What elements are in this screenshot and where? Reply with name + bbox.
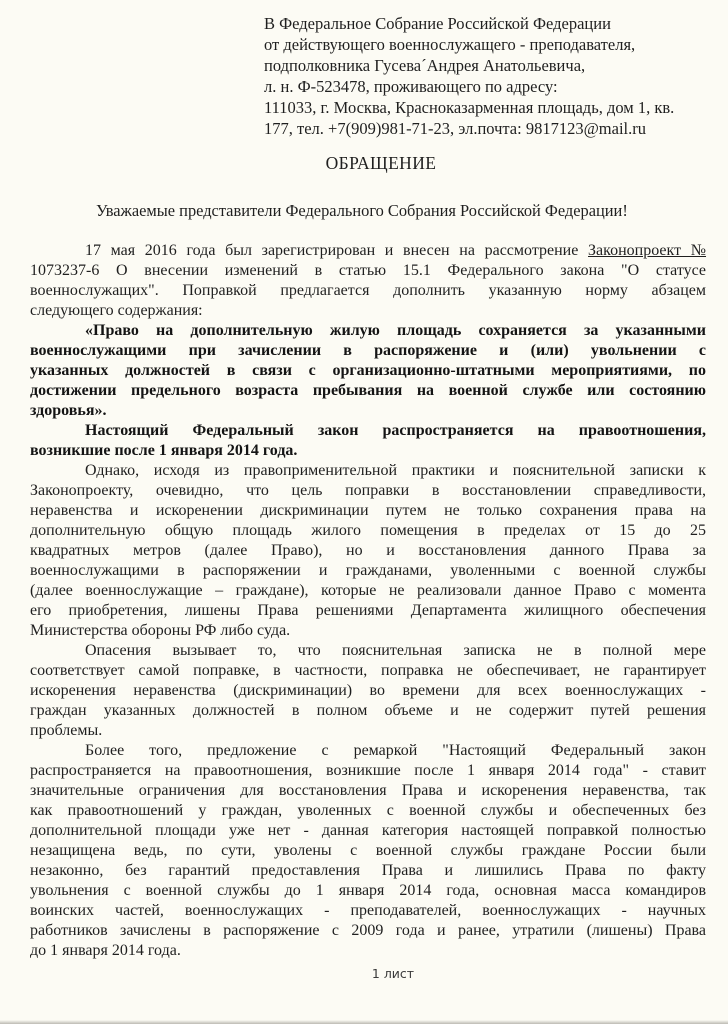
paragraph: «Право на дополнительную жилую площадь с… (30, 321, 706, 421)
document-page: В Федеральное Собрание Российской Федера… (0, 0, 728, 1024)
text-line: Более того, предложение с ремаркой "Наст… (30, 741, 706, 761)
recipient-line: 111033, г. Москва, Красноказарменная пло… (264, 97, 714, 118)
text-line: Настоящий Федеральный закон распространя… (30, 421, 706, 441)
text-line: дополнительную общую площадь жилого поме… (30, 521, 706, 541)
text-line: Министерства обороны РФ либо суда. (30, 621, 706, 641)
document-body: 17 мая 2016 года был зарегистрирован и в… (30, 241, 706, 961)
text-line: военнослужащими при зачислении в распоря… (30, 341, 706, 361)
text-line: Однако, исходя из правоприменительной пр… (30, 461, 706, 481)
text-line: дополнительной площади уже нет - данная … (30, 821, 706, 841)
text-line: его приобретения, лишены Права решениями… (30, 601, 706, 621)
text-line: 17 мая 2016 года был зарегистрирован и в… (30, 241, 706, 261)
text-line: 1073237-6 О внесении изменений в статью … (30, 261, 706, 281)
paragraph: Более того, предложение с ремаркой "Наст… (30, 741, 706, 961)
text-line: достижении предельного возраста пребыван… (30, 381, 706, 401)
recipient-line: 177, тел. +7(909)981-71-23, эл.почта: 98… (264, 118, 714, 139)
text-line: Законопроекту, очевидно, что цель поправ… (30, 481, 706, 501)
text-line: (далее военнослужащие – граждане), котор… (30, 581, 706, 601)
page-footer: 1 лист (58, 966, 728, 981)
text-line: неравенства и искоренении дискриминации … (30, 501, 706, 521)
text-line: незаконно, без гарантий предоставления П… (30, 861, 706, 881)
text-line: искоренения неравенства (дискриминации) … (30, 681, 706, 701)
text-line: возникшие после 1 января 2014 года. (30, 441, 706, 461)
text-line: соответствует самой поправке, в частност… (30, 661, 706, 681)
recipient-line: л. н. Ф-523478, проживающего по адресу: (264, 76, 714, 97)
text-line: незащищена ведь, по сути, уволены с воен… (30, 841, 706, 861)
text-line: до 1 января 2014 года. (30, 941, 706, 961)
recipient-line: от действующего военнослужащего - препод… (264, 34, 714, 55)
paragraph: 17 мая 2016 года был зарегистрирован и в… (30, 241, 706, 321)
text-line: значительные ограничения для восстановле… (30, 781, 706, 801)
text-line: Опасения вызывает то, что пояснительная … (30, 641, 706, 661)
text-line: здоровья». (30, 401, 706, 421)
recipient-line: подполковника Гусева´Андрея Анатольевича… (264, 55, 714, 76)
paragraph: Опасения вызывает то, что пояснительная … (30, 641, 706, 741)
text-line: как правоотношений у граждан, уволенных … (30, 801, 706, 821)
paragraph: Однако, исходя из правоприменительной пр… (30, 461, 706, 641)
text-line: квадратных метров (далее Право), но и во… (30, 541, 706, 561)
document-title: ОБРАЩЕНИЕ (30, 152, 706, 174)
salutation: Уважаемые представители Федерального Соб… (30, 201, 706, 221)
text-line: военнослужащими в распоряжении и граждан… (30, 561, 706, 581)
text-line: военнослужащих". Поправкой предлагается … (30, 281, 706, 301)
paragraph: Настоящий Федеральный закон распространя… (30, 421, 706, 461)
text-line: «Право на дополнительную жилую площадь с… (30, 321, 706, 341)
text-line: воинских частей, военнослужащих - препод… (30, 901, 706, 921)
text-line: указанных должностей в связи с организац… (30, 361, 706, 381)
text-line: следующего содержания: (30, 301, 706, 321)
underlined-text: Законопроект № (588, 242, 706, 259)
recipient-block: В Федеральное Собрание Российской Федера… (0, 0, 714, 139)
text-line: увольнения с военной службы до 1 января … (30, 881, 706, 901)
text-line: граждан указанных должностей в полном об… (30, 701, 706, 721)
recipient-line: В Федеральное Собрание Российской Федера… (264, 13, 714, 34)
text-line: проблемы. (30, 721, 706, 741)
text-line: работников зачислены в распоряжение с 20… (30, 921, 706, 941)
text-line: распространяется на правоотношения, возн… (30, 761, 706, 781)
